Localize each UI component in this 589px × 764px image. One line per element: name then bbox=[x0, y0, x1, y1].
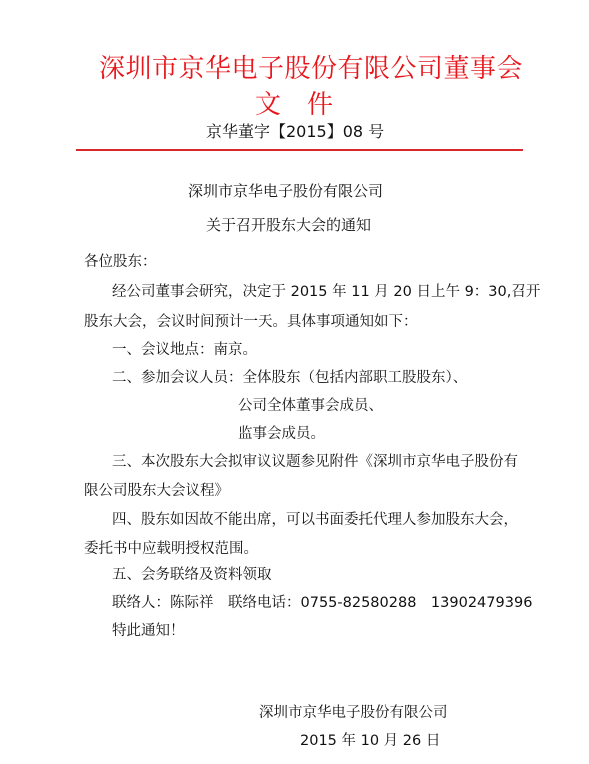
item-5-contact-heading: 五、会务联络及资料领取 bbox=[112, 563, 272, 584]
document-type-label: 文 件 bbox=[255, 84, 333, 121]
contact-info: 联络人：陈际祥 联络电话：0755-82580288 13902479396 bbox=[112, 591, 532, 612]
signature-date: 2015 年 10 月 26 日 bbox=[300, 729, 440, 750]
item-4-proxy-line-1: 四、股东如因故不能出席，可以书面委托代理人参加股东大会， bbox=[112, 508, 518, 529]
salutation: 各位股东： bbox=[84, 250, 157, 271]
issuer-title: 深圳市京华电子股份有限公司董事会 bbox=[99, 48, 523, 85]
item-3-agenda-line-1: 三、本次股东大会拟审议议题参见附件《深圳市京华电子股份有 bbox=[112, 450, 518, 471]
item-2-attendees-line-1: 二、参加会议人员：全体股东（包括内部职工股股东）、 bbox=[112, 366, 467, 387]
item-1-location: 一、会议地点：南京。 bbox=[112, 338, 257, 359]
intro-line-2: 股东大会，会议时间预计一天。具体事项通知如下： bbox=[84, 310, 418, 331]
intro-line-1: 经公司董事会研究，决定于 2015 年 11 月 20 日上午 9：30,召开 bbox=[112, 280, 540, 301]
signature-company: 深圳市京华电子股份有限公司 bbox=[259, 701, 448, 722]
document-number: 京华董字【2015】08 号 bbox=[206, 119, 384, 142]
item-2-attendees-line-2: 公司全体董事会成员、 bbox=[238, 394, 383, 415]
item-2-attendees-line-3: 监事会成员。 bbox=[238, 422, 325, 443]
item-4-proxy-line-2: 委托书中应载明授权范围。 bbox=[84, 537, 258, 558]
closing-remark: 特此通知！ bbox=[112, 619, 185, 640]
item-3-agenda-line-2: 限公司股东大会议程》 bbox=[84, 479, 229, 500]
notice-subject: 关于召开股东大会的通知 bbox=[206, 214, 371, 235]
header-divider-rule bbox=[76, 149, 523, 151]
notice-company-name: 深圳市京华电子股份有限公司 bbox=[188, 180, 383, 201]
